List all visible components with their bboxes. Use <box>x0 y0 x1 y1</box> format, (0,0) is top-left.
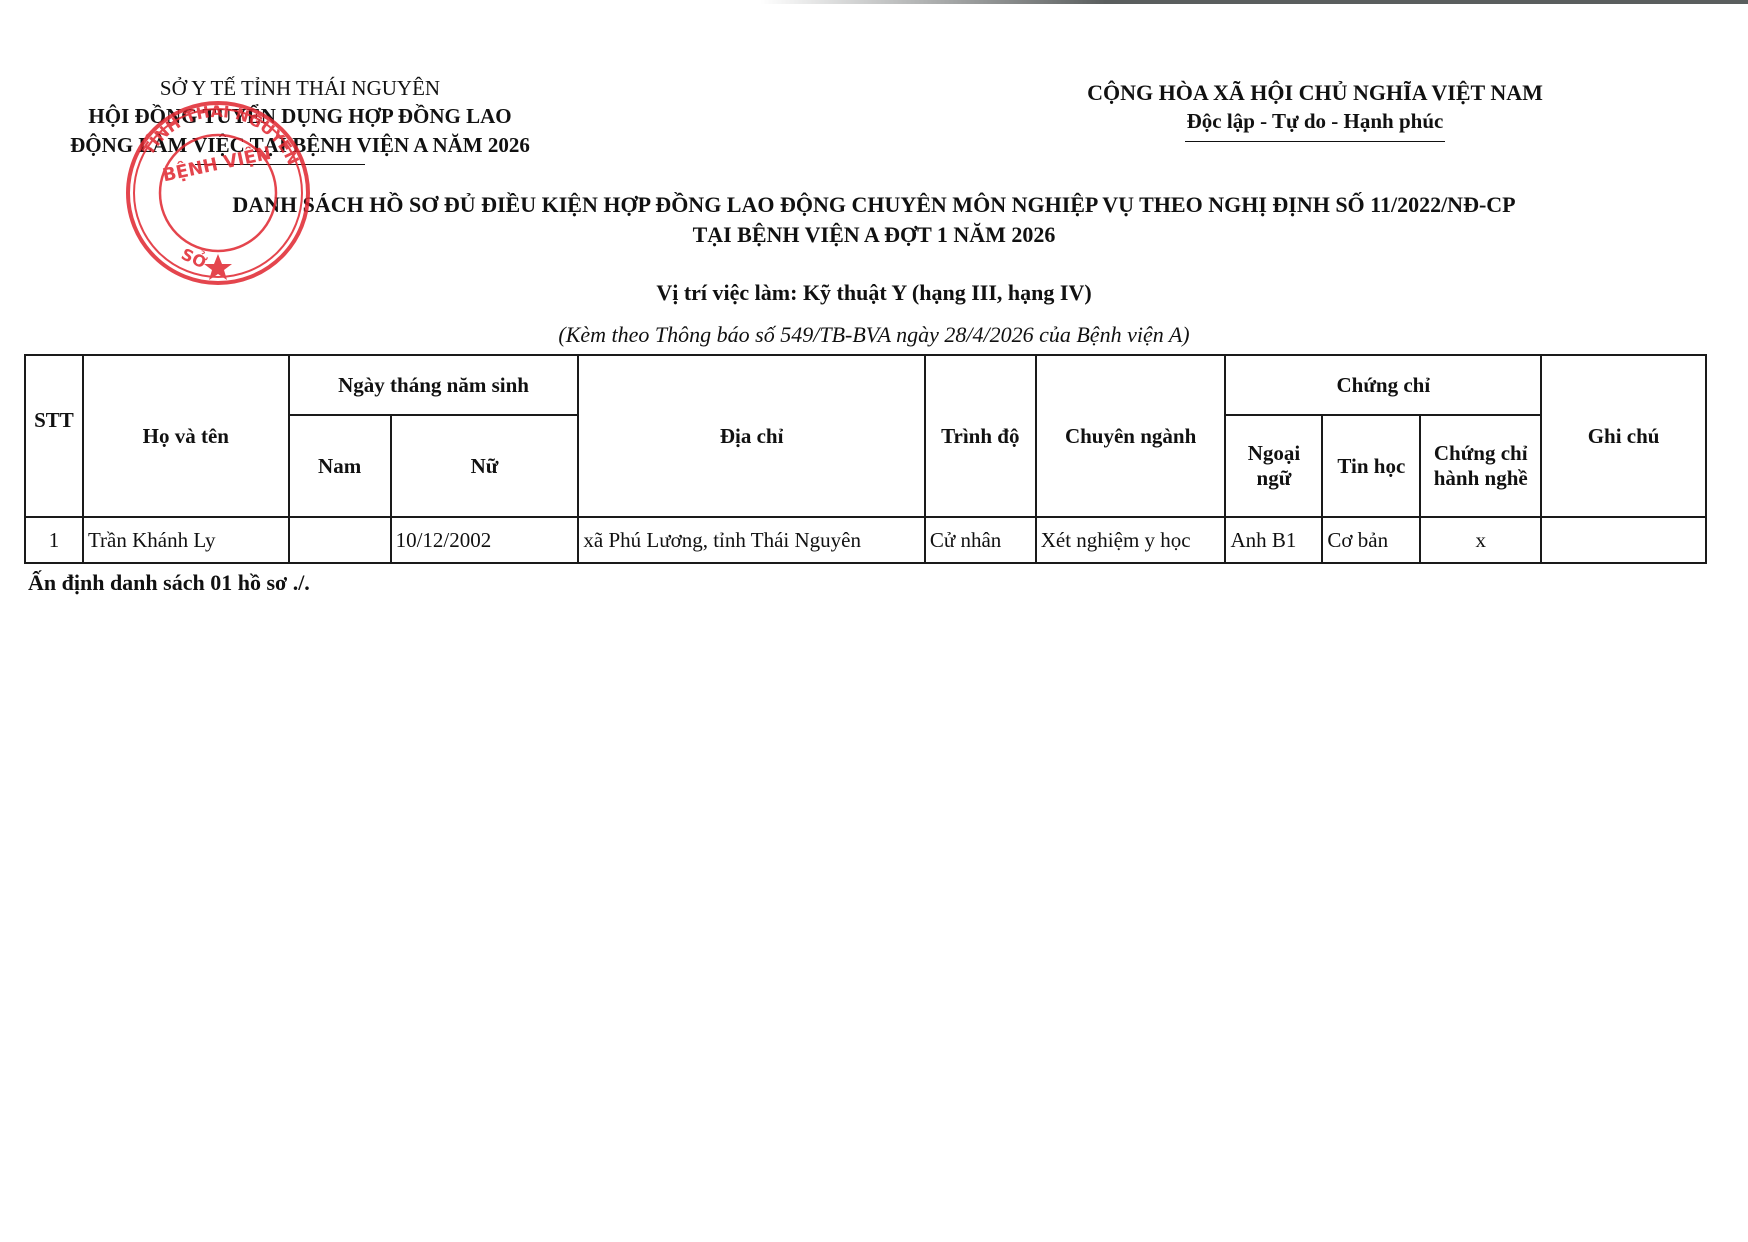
cell-cert-language: Anh B1 <box>1225 517 1322 563</box>
cell-cert-it: Cơ bản <box>1322 517 1420 563</box>
header-stt: STT <box>25 355 83 517</box>
header-dob-male: Nam <box>289 415 391 517</box>
cell-stt: 1 <box>25 517 83 563</box>
header-dob-female: Nữ <box>391 415 579 517</box>
header-cert-language: Ngoại ngữ <box>1225 415 1322 517</box>
nation-name: CỘNG HÒA XÃ HỘI CHỦ NGHĨA VIỆT NAM <box>1020 78 1610 107</box>
candidate-table: STT Họ và tên Ngày tháng năm sinh Địa ch… <box>24 354 1707 564</box>
header-cert-group: Chứng chỉ <box>1225 355 1541 415</box>
agency-name: SỞ Y TẾ TỈNH THÁI NGUYÊN <box>20 74 580 102</box>
header-note: Ghi chú <box>1541 355 1706 517</box>
header-address: Địa chỉ <box>578 355 924 517</box>
seal-star-icon <box>204 254 232 280</box>
cell-level: Cử nhân <box>925 517 1036 563</box>
issuing-authority-header: SỞ Y TẾ TỈNH THÁI NGUYÊN HỘI ĐỒNG TUYỂN … <box>20 74 580 165</box>
header-dob-group: Ngày tháng năm sinh <box>289 355 579 415</box>
cell-major: Xét nghiệm y học <box>1036 517 1226 563</box>
cell-cert-practice: x <box>1420 517 1541 563</box>
document-title: DANH SÁCH HỒ SƠ ĐỦ ĐIỀU KIỆN HỢP ĐỒNG LA… <box>0 190 1748 250</box>
cell-dob-female: 10/12/2002 <box>391 517 579 563</box>
header-left-underline <box>195 164 365 165</box>
header-cert-it: Tin học <box>1322 415 1420 517</box>
header-level: Trình độ <box>925 355 1036 517</box>
job-position: Vị trí việc làm: Kỹ thuật Y (hạng III, h… <box>0 280 1748 306</box>
cell-name: Trần Khánh Ly <box>83 517 289 563</box>
cell-dob-male <box>289 517 391 563</box>
cell-address: xã Phú Lương, tỉnh Thái Nguyên <box>578 517 924 563</box>
title-line1: DANH SÁCH HỒ SƠ ĐỦ ĐIỀU KIỆN HỢP ĐỒNG LA… <box>0 190 1748 220</box>
title-line2: TẠI BỆNH VIỆN A ĐỢT 1 NĂM 2026 <box>0 220 1748 250</box>
header-name: Họ và tên <box>83 355 289 517</box>
council-name-line1: HỘI ĐỒNG TUYỂN DỤNG HỢP ĐỒNG LAO <box>20 102 580 131</box>
header-cert-practice: Chứng chỉ hành nghề <box>1420 415 1541 517</box>
attachment-note: (Kèm theo Thông báo số 549/TB-BVA ngày 2… <box>0 322 1748 348</box>
council-name-line2: ĐỘNG LÀM VIỆC TẠI BỆNH VIỆN A NĂM 2026 <box>20 131 580 160</box>
cell-note <box>1541 517 1706 563</box>
footnote: Ấn định danh sách 01 hồ sơ ./. <box>28 570 310 596</box>
national-motto: Độc lập - Tự do - Hạnh phúc <box>1020 107 1610 135</box>
motto-underline <box>1185 141 1445 142</box>
national-header: CỘNG HÒA XÃ HỘI CHỦ NGHĨA VIỆT NAM Độc l… <box>1020 78 1610 142</box>
scan-edge-shadow <box>760 0 1748 4</box>
table-row: 1 Trần Khánh Ly 10/12/2002 xã Phú Lương,… <box>25 517 1706 563</box>
header-major: Chuyên ngành <box>1036 355 1226 517</box>
table-header-row-1: STT Họ và tên Ngày tháng năm sinh Địa ch… <box>25 355 1706 415</box>
